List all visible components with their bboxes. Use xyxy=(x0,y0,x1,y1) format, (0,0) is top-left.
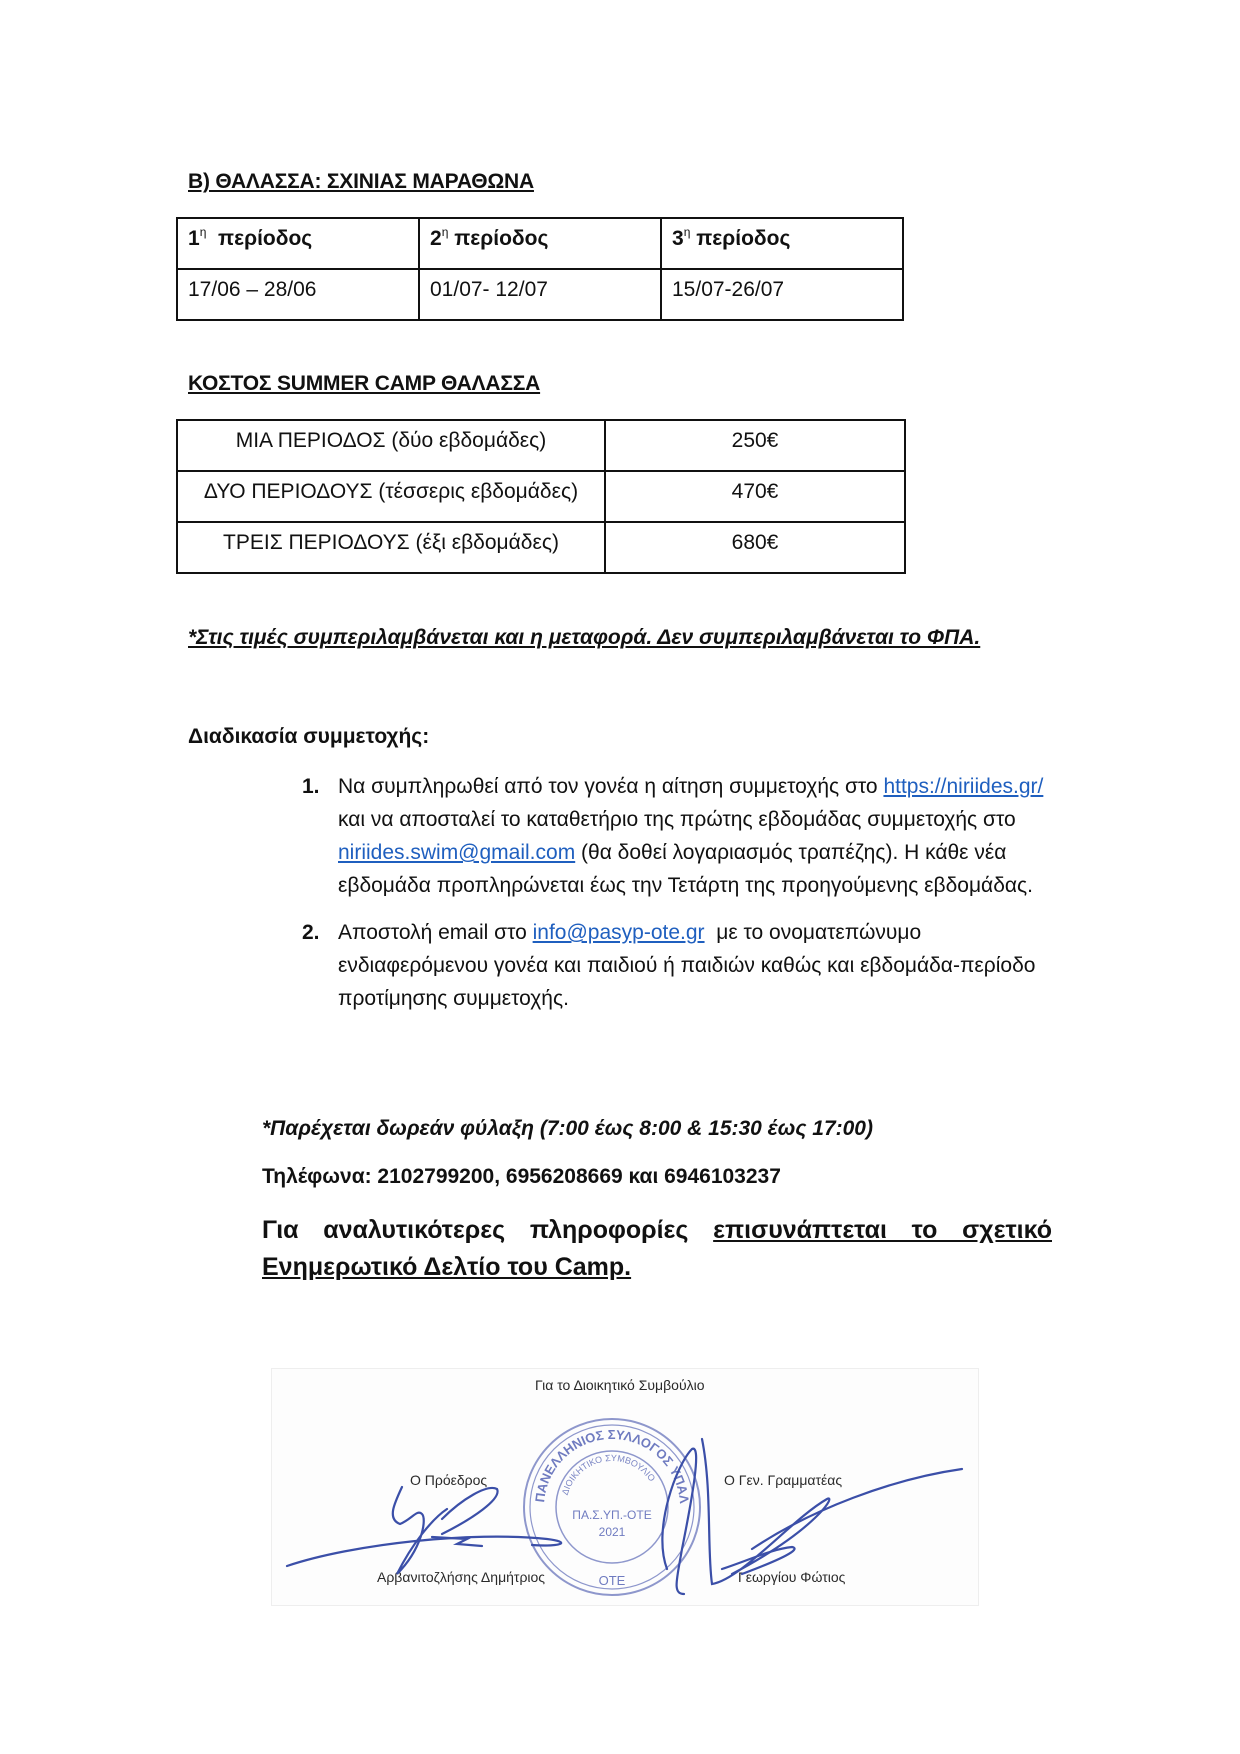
period-dates-3: 15/07-26/07 xyxy=(661,269,903,320)
step-number: 1. xyxy=(302,770,320,803)
periods-table: 1η περίοδος 2η περίοδος 3η περίοδος 17/0… xyxy=(176,217,904,321)
niriides-website-link[interactable]: https://niriides.gr/ xyxy=(883,775,1043,798)
period-dates-1: 17/06 – 28/06 xyxy=(177,269,419,320)
cost-price: 250€ xyxy=(605,420,905,471)
period-header-3: 3η περίοδος xyxy=(661,218,903,269)
cost-label: ΔΥΟ ΠΕΡΙΟΔΟΥΣ (τέσσερις εβδομάδες) xyxy=(177,471,605,522)
childcare-note: *Παρέχεται δωρεάν φύλαξη (7:00 έως 8:00 … xyxy=(262,1117,873,1141)
stamp-year: 2021 xyxy=(599,1525,626,1539)
cost-row: ΤΡΕΙΣ ΠΕΡΙΟΔΟΥΣ (έξι εβδομάδες) 680€ xyxy=(177,522,905,573)
official-stamp-icon xyxy=(524,1419,700,1595)
step-text: και να αποσταλεί το καταθετήριο της πρώτ… xyxy=(338,808,1016,831)
cost-label: ΤΡΕΙΣ ΠΕΡΙΟΔΟΥΣ (έξι εβδομάδες) xyxy=(177,522,605,573)
cost-price: 470€ xyxy=(605,471,905,522)
step-number: 2. xyxy=(302,916,320,949)
svg-text:ΠΑΝΕΛΛΗΝΙΟΣ ΣΥΛΛΟΓΟΣ ΥΠΑΛΛΗΛΩΝ: ΠΑΝΕΛΛΗΝΙΟΣ ΣΥΛΛΟΓΟΣ ΥΠΑΛΛΗΛΩΝ xyxy=(272,1369,692,1505)
pasyp-email-link[interactable]: info@pasyp-ote.gr xyxy=(533,921,705,944)
stamp-outer-text: ΠΑΝΕΛΛΗΝΙΟΣ ΣΥΛΛΟΓΟΣ ΥΠΑΛΛΗΛΩΝ xyxy=(272,1369,692,1505)
president-signature-icon xyxy=(287,1487,561,1574)
cost-table: ΜΙΑ ΠΕΡΙΟΔΟΣ (δύο εβδομάδες) 250€ ΔΥΟ ΠΕ… xyxy=(176,419,906,574)
signatures-and-stamp: ΠΑΝΕΛΛΗΝΙΟΣ ΣΥΛΛΟΓΟΣ ΥΠΑΛΛΗΛΩΝ ΔΙΟΙΚΗΤΙΚ… xyxy=(272,1369,978,1605)
more-info: Για αναλυτικότερες πληροφορίες επισυνάπτ… xyxy=(262,1212,1052,1286)
period-header-1: 1η περίοδος xyxy=(177,218,419,269)
period-header-2: 2η περίοδος xyxy=(419,218,661,269)
stamp-center-text: ΠΑ.Σ.ΥΠ.-ΟΤΕ xyxy=(572,1508,651,1522)
stamp-bottom: ΟΤΕ xyxy=(599,1573,626,1588)
procedure-steps: 1. Να συμπληρωθεί από τον γονέα η αίτηση… xyxy=(296,770,1066,1029)
cost-price: 680€ xyxy=(605,522,905,573)
secretary-signature-icon xyxy=(662,1439,962,1594)
period-dates-2: 01/07- 12/07 xyxy=(419,269,661,320)
niriides-email-link[interactable]: niriides.swim@gmail.com xyxy=(338,841,575,864)
step-text: Αποστολή email στο xyxy=(338,921,533,944)
cost-row: ΜΙΑ ΠΕΡΙΟΔΟΣ (δύο εβδομάδες) 250€ xyxy=(177,420,905,471)
cost-label: ΜΙΑ ΠΕΡΙΟΔΟΣ (δύο εβδομάδες) xyxy=(177,420,605,471)
cost-title: ΚΟΣΤΟΣ SUMMER CAMP ΘΑΛΑΣΣΑ xyxy=(188,372,540,396)
procedure-step-1: 1. Να συμπληρωθεί από τον γονέα η αίτηση… xyxy=(296,770,1066,902)
signature-block: Για το Διοικητικό Συμβούλιο Ο Πρόεδρος Α… xyxy=(271,1368,979,1606)
pricing-note: *Στις τιμές συμπεριλαμβάνεται και η μετα… xyxy=(188,626,980,650)
procedure-step-2: 2. Αποστολή email στο info@pasyp-ote.gr … xyxy=(296,916,1066,1015)
step-text: Να συμπληρωθεί από τον γονέα η αίτηση συ… xyxy=(338,775,883,798)
more-info-text: Για αναλυτικότερες πληροφορίες xyxy=(262,1216,713,1244)
cost-row: ΔΥΟ ΠΕΡΙΟΔΟΥΣ (τέσσερις εβδομάδες) 470€ xyxy=(177,471,905,522)
phone-numbers: Τηλέφωνα: 2102799200, 6956208669 και 694… xyxy=(262,1165,781,1189)
section-b-title: Β) ΘΑΛΑΣΣΑ: ΣΧΙΝΙΑΣ ΜΑΡΑΘΩΝΑ xyxy=(188,170,534,194)
procedure-title: Διαδικασία συμμετοχής: xyxy=(188,725,429,749)
